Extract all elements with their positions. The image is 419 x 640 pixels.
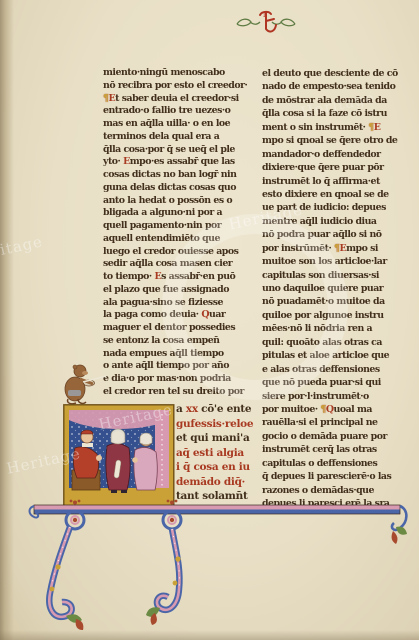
gothic-text: bligada a alguno·ni por a (103, 207, 222, 218)
gothic-text: uno daquiloe quiere puar (262, 283, 383, 294)
manuscript-text-line: cosas dictas no ban logr̄ nin (103, 169, 261, 182)
gothic-text: nō podra puar aq̄llo si nō (262, 229, 382, 240)
manuscript-text-line: anto la hedat o possōn es o (103, 195, 261, 208)
gothic-text: e alas otras deffensiones (262, 364, 380, 375)
manuscript-text-line: terminos dela qual era a (103, 131, 261, 144)
gothic-text: nada empues aq̄ll tiempo (103, 348, 224, 359)
manuscript-text-line: mandador·o deffendedor (262, 148, 404, 161)
manuscript-text-line: nō recibra por esto el creedor· (103, 80, 261, 93)
manuscript-text-line: quiloe por algunoe instru (262, 309, 404, 322)
gothic-text: e dia·o por mas·non podria (103, 373, 231, 384)
manuscript-text-line: quil: quoāto alas otras ca (262, 336, 404, 349)
rubricated-text: E (374, 122, 381, 133)
gothic-text: luego el credor ouiesse apos (103, 246, 238, 257)
manuscript-text-line: bligada a alguno·ni por a (103, 207, 261, 220)
manuscript-text-line: gocio o demāda puare por (262, 430, 404, 443)
gothic-text: yto· (103, 156, 123, 167)
gothic-text: dixiere·que q̄ere puar pōr (262, 162, 384, 173)
gothic-text: t saber deuia el creedor·si (115, 93, 239, 104)
manuscript-text-line: rauēlla·si el principal ne (262, 416, 404, 429)
gothic-text: s assabr̄·en puō (161, 271, 235, 282)
quire-mark: L (234, 9, 298, 37)
manuscript-text-line: yto· Empo·es assabr̄ que las (103, 156, 261, 169)
manuscript-text-line: el credor ren tel su dreito por (103, 386, 261, 399)
gothic-text: gocio o demāda puare por (262, 431, 387, 442)
rubricated-text: xx (186, 403, 198, 415)
manuscript-text-line: muitoe son los articloe·lar (262, 255, 404, 268)
manuscript-text-line: dixiere·que q̄ere puar pōr (262, 161, 404, 174)
manuscript-text-line: to tiempo· Es assabr̄·en puō (103, 271, 261, 284)
gothic-text: capitulas son diuersas·si (262, 270, 379, 281)
gothic-text: mpo si (346, 243, 378, 254)
gothic-text: mēes·nō li nōdria ren a (262, 323, 372, 334)
manuscript-text-line: de mōstrar ala demāda da (262, 94, 404, 107)
manuscript-text-line: instrumēt cerq̄ las otras (262, 443, 404, 456)
gothic-text: ala pagua·sino se fiziesse (103, 297, 223, 308)
manuscript-text-line: mēes·nō li nōdria ren a (262, 322, 404, 335)
manuscript-text-line: por muitoe· ¶Quoal ma (262, 403, 404, 416)
manuscript-text-line: entrado·o fallio tre uezes·o (103, 105, 261, 118)
gothic-text: la paga como deuia· (103, 309, 201, 320)
gothic-text: que nō pueda puar·si qui (262, 377, 381, 388)
rubric-line: i q̄ cosa en iu (176, 460, 260, 475)
rubricated-text: Q (326, 404, 334, 415)
gothic-text: quil: quoāto alas otras ca (262, 337, 382, 348)
manuscript-text-line: el deuto que desciente de cō (262, 67, 404, 80)
manuscript-text-line: razones o demādas·que (262, 484, 404, 497)
rubricated-text: gufessis·reloe (176, 418, 253, 430)
gothic-text: el deuto que desciente de cō (262, 68, 398, 79)
manuscript-text-line: se entonz la cosa empen̄ (103, 335, 261, 348)
page-gutter-shadow (0, 0, 14, 640)
manuscript-text-line: o ante aq̄ll tiempo por an̄o (103, 360, 261, 373)
rubric-line: a xx cō'e ente (176, 402, 260, 417)
manuscript-text-line: que nō pueda puar·si qui (262, 376, 404, 389)
bas-de-page-flourish (28, 497, 414, 637)
gothic-text: quiloe por algunoe instru (262, 310, 384, 321)
manuscript-text-line: q̄lla cosa si la faze cō istru (262, 107, 404, 120)
gothic-text: miento·ningū menoscabo (103, 67, 225, 78)
text-column-right: el deuto que desciente de cōnado de empe… (262, 67, 404, 510)
gothic-text: rauēlla·si el principal ne (262, 417, 378, 428)
gothic-text: et qui mani'a (176, 432, 249, 444)
manuscript-text-line: guna delas dictas cosas quo (103, 182, 261, 195)
gothic-text: nado de empesto·sea tenido (262, 81, 395, 92)
gothic-text: mandador·o deffendedor (262, 149, 381, 160)
manuscript-text-line: q̄ depues li parescierē·o las (262, 470, 404, 483)
gothic-text: muitoe son los articloe·lar (262, 256, 387, 267)
rubricated-text: demādo diq̄· (176, 476, 245, 488)
rubricated-text: i q̄ cosa en iu (176, 461, 250, 473)
gothic-text: nō puadamēt·o muitoe da (262, 296, 385, 307)
gothic-text: mas en aq̄lla uilla· o en loe (103, 118, 230, 129)
text-column-left: miento·ningū menoscabonō recibra por est… (103, 67, 261, 399)
gothic-text: quell pagamento·nin por (103, 220, 221, 231)
manuscript-text-line: mpo si qnoal se q̄ere otro de (262, 134, 404, 147)
gothic-text: o ante aq̄ll tiempo por an̄o (103, 360, 229, 371)
manuscript-text-line: nado de empesto·sea tenido (262, 80, 404, 93)
gothic-text: q̄lla cosa si la faze cō istru (262, 108, 387, 119)
gothic-text: maguer el dentor possedies (103, 322, 235, 333)
manuscript-text-line: mentre aq̄ll iudicio diua (262, 215, 404, 228)
manuscript-text-line: nō podra puar aq̄llo si nō (262, 228, 404, 241)
gothic-text: instrumēt lo q̄ affirma·et (262, 176, 380, 187)
manuscript-text-line: por instrūmēt· ¶Empo si (262, 242, 404, 255)
gothic-text: instrumēt cerq̄ las otras (262, 444, 377, 455)
gothic-text: a (176, 403, 186, 415)
rubric-line: demādo diq̄· (176, 475, 260, 490)
manuscript-text-line: esto dixiere en qnoal se de (262, 188, 404, 201)
manuscript-text-line: sedir aq̄lla cosa masen cier (103, 258, 261, 271)
gothic-text: sedir aq̄lla cosa masen cier (103, 258, 232, 269)
gothic-text: de mōstrar ala demāda da (262, 95, 387, 106)
manuscript-page: L miento·ningū menoscabonō recibra por e… (0, 0, 419, 640)
manuscript-text-line: instrumēt lo q̄ affirma·et (262, 175, 404, 188)
rubric-line: gufessis·reloe (176, 417, 260, 432)
gothic-text: q̄lla cosa·por q̄ se ueq̄ el ple (103, 144, 235, 155)
gothic-text: aquell entendimiēto que (103, 233, 220, 244)
gothic-text: nō recibra por esto el creedor· (103, 80, 247, 91)
gothic-text: mpo·es assabr̄ que las (130, 156, 235, 167)
manuscript-text-line: nada empues aq̄ll tiempo (103, 348, 261, 361)
manuscript-text-line: q̄lla cosa·por q̄ se ueq̄ el ple (103, 144, 261, 157)
red-leaf-numeral: L (260, 12, 276, 32)
rubricated-text: Q (201, 309, 209, 320)
manuscript-text-line: ala pagua·sino se fiziesse (103, 297, 261, 310)
manuscript-text-line: e alas otras deffensiones (262, 363, 404, 376)
rubricated-text: E (123, 156, 130, 167)
gothic-text: entrado·o fallio tre uezes·o (103, 105, 230, 116)
manuscript-text-line: el plazo que fue assignado (103, 284, 261, 297)
gothic-text: ue part de iudicio: depues (262, 202, 386, 213)
gothic-text: por instrūmēt· (262, 243, 334, 254)
gothic-text: esto dixiere en qnoal se de (262, 189, 389, 200)
manuscript-text-line: quell pagamento·nin por (103, 220, 261, 233)
gothic-text: por muitoe· (262, 404, 320, 415)
gothic-text: siere por·l·instrumēt·o (262, 391, 369, 402)
manuscript-text-line: nō puadamēt·o muitoe da (262, 295, 404, 308)
gothic-text: mpo si qnoal se q̄ere otro de (262, 135, 397, 146)
rubric-line: aq̄ esti algia (176, 446, 260, 461)
manuscript-text-line: maguer el dentor possedies (103, 322, 261, 335)
gothic-text: se entonz la cosa empen̄ (103, 335, 219, 346)
horizontal-bar (30, 505, 401, 518)
rubricated-text: aq̄ esti algia (176, 447, 244, 459)
manuscript-text-line: uno daquiloe quiere puar (262, 282, 404, 295)
manuscript-text-line: capitulas o deffensiones (262, 457, 404, 470)
gothic-text: q̄ depues li parescierē·o las (262, 471, 391, 482)
manuscript-text-line: siere por·l·instrumēt·o (262, 390, 404, 403)
gothic-text: mentre aq̄ll iudicio diua (262, 216, 377, 227)
manuscript-text-line: ¶Et saber deuia el creedor·si (103, 93, 261, 106)
gothic-text: to tiempo· (103, 271, 154, 282)
gothic-text: terminos dela qual era a (103, 131, 219, 142)
left-tendril (49, 500, 84, 630)
gothic-text: ment o sin instrumēt· (262, 122, 368, 133)
manuscript-text-line: capitulas son diuersas·si (262, 269, 404, 282)
manuscript-text-line: ment o sin instrumēt· ¶E (262, 121, 404, 134)
gothic-text: cō'e ente (198, 403, 251, 415)
gothic-text: uoal ma (334, 404, 372, 415)
manuscript-text-line: miento·ningū menoscabo (103, 67, 261, 80)
gothic-text: razones o demādas·que (262, 485, 374, 496)
manuscript-text-line: ue part de iudicio: depues (262, 201, 404, 214)
ape-playing-vielle-icon (56, 361, 108, 407)
quire-letter: L (263, 12, 267, 19)
manuscript-text-line: pitulas et aloe articloe que (262, 349, 404, 362)
manuscript-text-line: aquell entendimiēto que (103, 233, 261, 246)
rubric-line: et qui mani'a (176, 431, 260, 446)
gothic-text: guna delas dictas cosas quo (103, 182, 236, 193)
manuscript-text-line: mas en aq̄lla uilla· o en loe (103, 118, 261, 131)
center-tendril (146, 500, 181, 625)
gothic-text: el plazo que fue assignado (103, 284, 229, 295)
manuscript-text-line: e dia·o por mas·non podria (103, 373, 261, 386)
gothic-text: pitulas et aloe articloe que (262, 350, 389, 361)
gothic-text: uar (209, 309, 225, 320)
manuscript-text-line: la paga como deuia· Quar (103, 309, 261, 322)
green-flourish-left (237, 19, 260, 26)
gothic-text: cosas dictas no ban logr̄ nin (103, 169, 236, 180)
historiated-initial-miniature (63, 404, 175, 508)
rubric-column: a xx cō'e entegufessis·reloeet qui mani'… (176, 402, 260, 504)
gothic-text: anto la hedat o possōn es o (103, 195, 232, 206)
gothic-text: el credor ren tel su dreito por (103, 386, 244, 397)
manuscript-text-line: luego el credor ouiesse apos (103, 246, 261, 259)
gothic-text: capitulas o deffensiones (262, 458, 377, 469)
